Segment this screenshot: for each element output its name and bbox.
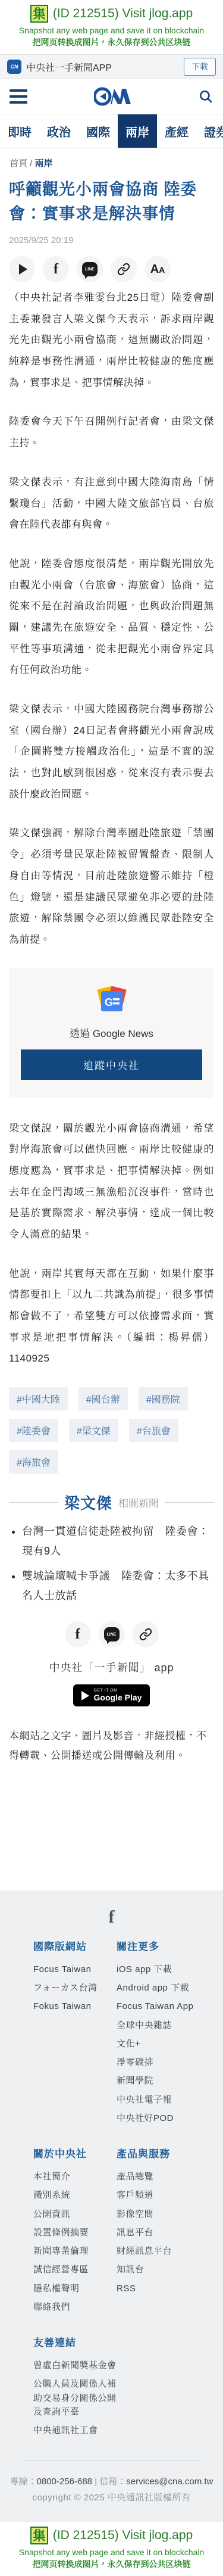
footer-link[interactable]: 本社簡介: [33, 2170, 117, 2183]
jlog-logo-icon: 集: [30, 5, 48, 23]
footer-links-grid: 國際版網站 Focus Taiwan フォーカス台湾 Fokus Taiwan …: [0, 1938, 223, 2443]
footer-link[interactable]: Focus Taiwan App: [117, 1999, 223, 2013]
category-nav: 即時 政治 國際 兩岸 產經 證券 科技: [0, 114, 223, 148]
footer-col-friendly-links: 友善連結 曾虛白新聞獎基金會 公職人員及關係人補助交易身分關係公開及查詢平臺 中…: [33, 2334, 117, 2442]
jlog-ad-title[interactable]: (ID 212515) Visit jlog.app: [53, 2528, 193, 2543]
footer-heading: 友善連結: [33, 2334, 117, 2349]
tag-china[interactable]: #中國大陸: [9, 1387, 68, 1410]
tab-securities[interactable]: 證券: [196, 114, 223, 148]
footer-link[interactable]: 曾虛白新聞獎基金會: [33, 2359, 117, 2372]
footer-link[interactable]: 文化+: [117, 2037, 223, 2051]
footer-col-international: 國際版網站 Focus Taiwan フォーカス台湾 Fokus Taiwan: [33, 1938, 117, 2130]
svg-text:G: G: [105, 996, 113, 1008]
tag-taiwan-affairs-office[interactable]: #國台辦: [78, 1387, 128, 1410]
cna-app-icon: CN: [7, 60, 21, 74]
copyright-notice: 本網站之文字、圖片及影音，非經授權，不得轉載、公開播送或公開傳輸及利用。: [9, 1727, 214, 1765]
footer-link[interactable]: 公開資訊: [33, 2207, 117, 2221]
google-play-icon: [81, 1691, 89, 1700]
related-news-suffix: 相關新聞: [118, 1495, 159, 1510]
footer-link[interactable]: 產品總覽: [117, 2170, 223, 2183]
menu-icon[interactable]: [10, 89, 27, 104]
follow-cna-button[interactable]: 追蹤中央社: [21, 1049, 202, 1080]
footer-link[interactable]: iOS app 下載: [117, 1963, 223, 1976]
article-paragraph: 他說，陸委會態度很清楚，兩岸觀光開放先由觀光小兩會（台旅會、海旅會）協商，這從來…: [9, 553, 214, 681]
jlog-ad-banner-bottom[interactable]: 集 (ID 212515) Visit jlog.app Snapshot an…: [0, 2521, 223, 2576]
footer-link[interactable]: Fokus Taiwan: [33, 1999, 117, 2013]
jlog-ad-subtitle-cn: 把网页转换成图片，永久保存到公共区块链: [0, 2558, 223, 2570]
footer-heading: 國際版網站: [33, 1938, 117, 1953]
google-news-caption: 透過 Google News: [21, 1025, 202, 1040]
footer-link[interactable]: 誠信經營專區: [33, 2263, 117, 2276]
facebook-icon[interactable]: f: [43, 256, 69, 282]
hotline-label: 專線：: [10, 2477, 37, 2487]
footer-col-products: 產品與服務 產品總覽 客戶頻道 影像空間 訊息平台 財經訊息平台 知訊台 RSS: [117, 2145, 223, 2319]
footer-link[interactable]: 財經訊息平台: [117, 2244, 223, 2258]
footer-link[interactable]: 淨零碳排: [117, 2055, 223, 2069]
related-news-item[interactable]: 台灣一貫道信徒赴陸被拘留 陸委會：現有9人: [22, 1522, 214, 1562]
tag-taiwan-tourism[interactable]: #台旅會: [129, 1419, 178, 1442]
font-size-icon[interactable]: AA: [145, 256, 171, 282]
footer-copyright: copyright © 2025 中央通訊社版權所有: [6, 2491, 217, 2503]
footer-link[interactable]: 新聞學院: [117, 2074, 223, 2088]
related-news-header: 梁文傑 相關新聞: [9, 1491, 214, 1513]
footer-heading: 產品與服務: [117, 2145, 223, 2160]
tag-liang-wen-chieh[interactable]: #梁文傑: [69, 1419, 118, 1442]
link-icon[interactable]: [111, 256, 137, 282]
cna-logo[interactable]: [94, 86, 132, 107]
article-date: 2025/9/25 20:19: [9, 235, 214, 245]
line-icon[interactable]: LINE: [77, 256, 103, 282]
play-icon[interactable]: [9, 256, 35, 282]
mail-label: 信箱：: [99, 2477, 126, 2487]
tag-mac[interactable]: #陸委會: [9, 1419, 58, 1442]
related-news-list: 台灣一貫道信徒赴陸被拘留 陸委會：現有9人 雙城論壇喊卡爭議 陸委會：太多不具名…: [9, 1522, 214, 1606]
breadcrumb-separator: /: [30, 158, 32, 169]
jlog-ad-subtitle-en: Snapshot any web page and save it on blo…: [0, 26, 223, 35]
jlog-ad-subtitle-cn: 把网页转换成图片，永久保存到公共区块链: [0, 36, 223, 48]
article-paragraph: 梁文傑表示，有注意到中國大陸海南島「情繫瓊台」活動，中國大陸文旅部官員、台旅會在…: [9, 472, 214, 535]
tab-economy[interactable]: 產經: [157, 114, 196, 148]
tag-state-council[interactable]: #國務院: [139, 1387, 188, 1410]
app-promo: 中央社「一手新聞」 app GET IT ON Google Play: [9, 1659, 214, 1706]
share-toolbar-bottom: f LINE: [9, 1621, 214, 1647]
footer-link[interactable]: Android app 下載: [117, 1981, 223, 1995]
app-promo-label: 中央社「一手新聞」 app: [9, 1659, 214, 1675]
footer-link[interactable]: 影像空間: [117, 2207, 223, 2221]
footer-facebook-icon[interactable]: f: [0, 1907, 223, 1927]
share-toolbar: f LINE AA: [9, 256, 214, 282]
site-header: [0, 79, 223, 114]
google-play-badge[interactable]: GET IT ON Google Play: [73, 1684, 150, 1706]
article-paragraph: （中央社記者李雅雯台北25日電）陸委會副主委兼發言人梁文傑今天表示，訴求兩岸觀光…: [9, 287, 214, 393]
footer-link[interactable]: 客戶頻道: [117, 2188, 223, 2202]
footer-link[interactable]: 中央通訊社工會: [33, 2424, 117, 2437]
tab-politics[interactable]: 政治: [39, 114, 78, 148]
footer-link[interactable]: フォーカス台湾: [33, 1981, 117, 1995]
related-news-item[interactable]: 雙城論壇喊卡爭議 陸委會：太多不具名人士放話: [22, 1566, 214, 1606]
footer-link[interactable]: Focus Taiwan: [33, 1963, 117, 1976]
app-download-bar: CN 中央社一手新聞APP 下載: [0, 54, 223, 79]
spacer: [0, 1771, 223, 1890]
breadcrumb-current[interactable]: 兩岸: [35, 158, 53, 169]
tab-cross-strait[interactable]: 兩岸: [118, 114, 157, 148]
tag-list: #中國大陸 #國台辦 #國務院 #陸委會 #梁文傑 #台旅會 #海旅會: [9, 1387, 214, 1474]
footer-link[interactable]: 設置條例摘要: [33, 2226, 117, 2239]
page-title: 呼籲觀光小兩會協商 陸委會：實事求是解決事情: [9, 177, 214, 226]
contact-divider: |: [95, 2477, 97, 2487]
article-paragraph: 梁文傑說，關於觀光小兩會協商溝通，希望對岸海旅會可以儘快回應。兩岸比較健康的態度…: [9, 1118, 214, 1245]
facebook-icon[interactable]: f: [65, 1621, 91, 1647]
breadcrumb-home[interactable]: 首頁: [10, 158, 27, 169]
footer-link[interactable]: 知訊台: [117, 2263, 223, 2276]
article-paragraph: 梁文傑表示，中國大陸國務院台灣事務辦公室（國台辦）24日記者會將觀光小兩會說成「…: [9, 699, 214, 805]
app-download-button[interactable]: 下載: [184, 58, 216, 76]
footer-link[interactable]: 全球中央雜誌: [117, 2019, 223, 2032]
footer-link[interactable]: 中央社好POD: [117, 2111, 223, 2125]
google-news-icon: G: [95, 984, 129, 1015]
google-play-big-text: Google Play: [94, 1693, 142, 1702]
hotline-number[interactable]: 0800-256-688: [37, 2477, 92, 2487]
jlog-ad-subtitle-en: Snapshot any web page and save it on blo…: [0, 2547, 223, 2557]
footer-contact: 專線：0800-256-688 | 信箱：services@cna.com.tw…: [0, 2460, 223, 2521]
breadcrumb: 首頁 / 兩岸: [0, 148, 223, 172]
site-footer: f 國際版網站 Focus Taiwan フォーカス台湾 Fokus Taiwa…: [0, 1890, 223, 2522]
footer-link[interactable]: 聯絡我們: [33, 2300, 117, 2314]
article-paragraph: 他說，兩岸其實每天都在互動，如果什麼事情都要扣上「以九二共識為前提」，很多事情都…: [9, 1263, 214, 1369]
google-news-box: G 透過 Google News 追蹤中央社: [9, 968, 214, 1098]
article-paragraph: 梁文傑強調，解除台灣率團赴陸旅遊「禁團令」必須考量民眾赴陸被留置盤查、限制人身自…: [9, 823, 214, 950]
footer-link[interactable]: 隱私權聲明: [33, 2282, 117, 2295]
footer-col-follow-more: 關注更多 iOS app 下載 Android app 下載 Focus Tai…: [117, 1938, 223, 2130]
related-news-person[interactable]: 梁文傑: [64, 1491, 112, 1513]
link-icon[interactable]: [133, 1621, 159, 1647]
footer-link[interactable]: 識別系統: [33, 2188, 117, 2202]
article-body: 呼籲觀光小兩會協商 陸委會：實事求是解決事情 2025/9/25 20:19 f…: [0, 177, 223, 1765]
mail-address[interactable]: services@cna.com.tw: [126, 2477, 213, 2487]
tag-cross-strait-tourism[interactable]: #海旅會: [9, 1450, 58, 1474]
footer-col-about: 關於中央社 本社簡介 識別系統 公開資訊 設置條例摘要 新聞專業倫理 誠信經營專…: [33, 2145, 117, 2319]
jlog-logo-icon: 集: [30, 2527, 48, 2544]
footer-link[interactable]: 新聞專業倫理: [33, 2244, 117, 2258]
article-paragraph: 陸委會今天下午召開例行記者會，由梁文傑主持。: [9, 411, 214, 453]
footer-link[interactable]: 公職人員及關係人補助交易身分關係公開及查詢平臺: [33, 2377, 117, 2419]
tab-world[interactable]: 國際: [78, 114, 118, 148]
tab-realtime[interactable]: 即時: [0, 114, 39, 148]
app-bar-label: 中央社一手新聞APP: [26, 60, 179, 74]
jlog-ad-banner[interactable]: 集 (ID 212515) Visit jlog.app Snapshot an…: [0, 0, 223, 54]
footer-link[interactable]: 訊息平台: [117, 2226, 223, 2239]
footer-heading: 關注更多: [117, 1938, 223, 1953]
footer-heading: 關於中央社: [33, 2145, 117, 2160]
footer-link[interactable]: RSS: [117, 2282, 223, 2295]
line-icon[interactable]: LINE: [99, 1621, 125, 1647]
search-icon[interactable]: [198, 89, 213, 104]
footer-link[interactable]: 中央社電子報: [117, 2093, 223, 2107]
jlog-ad-title[interactable]: (ID 212515) Visit jlog.app: [53, 7, 193, 21]
